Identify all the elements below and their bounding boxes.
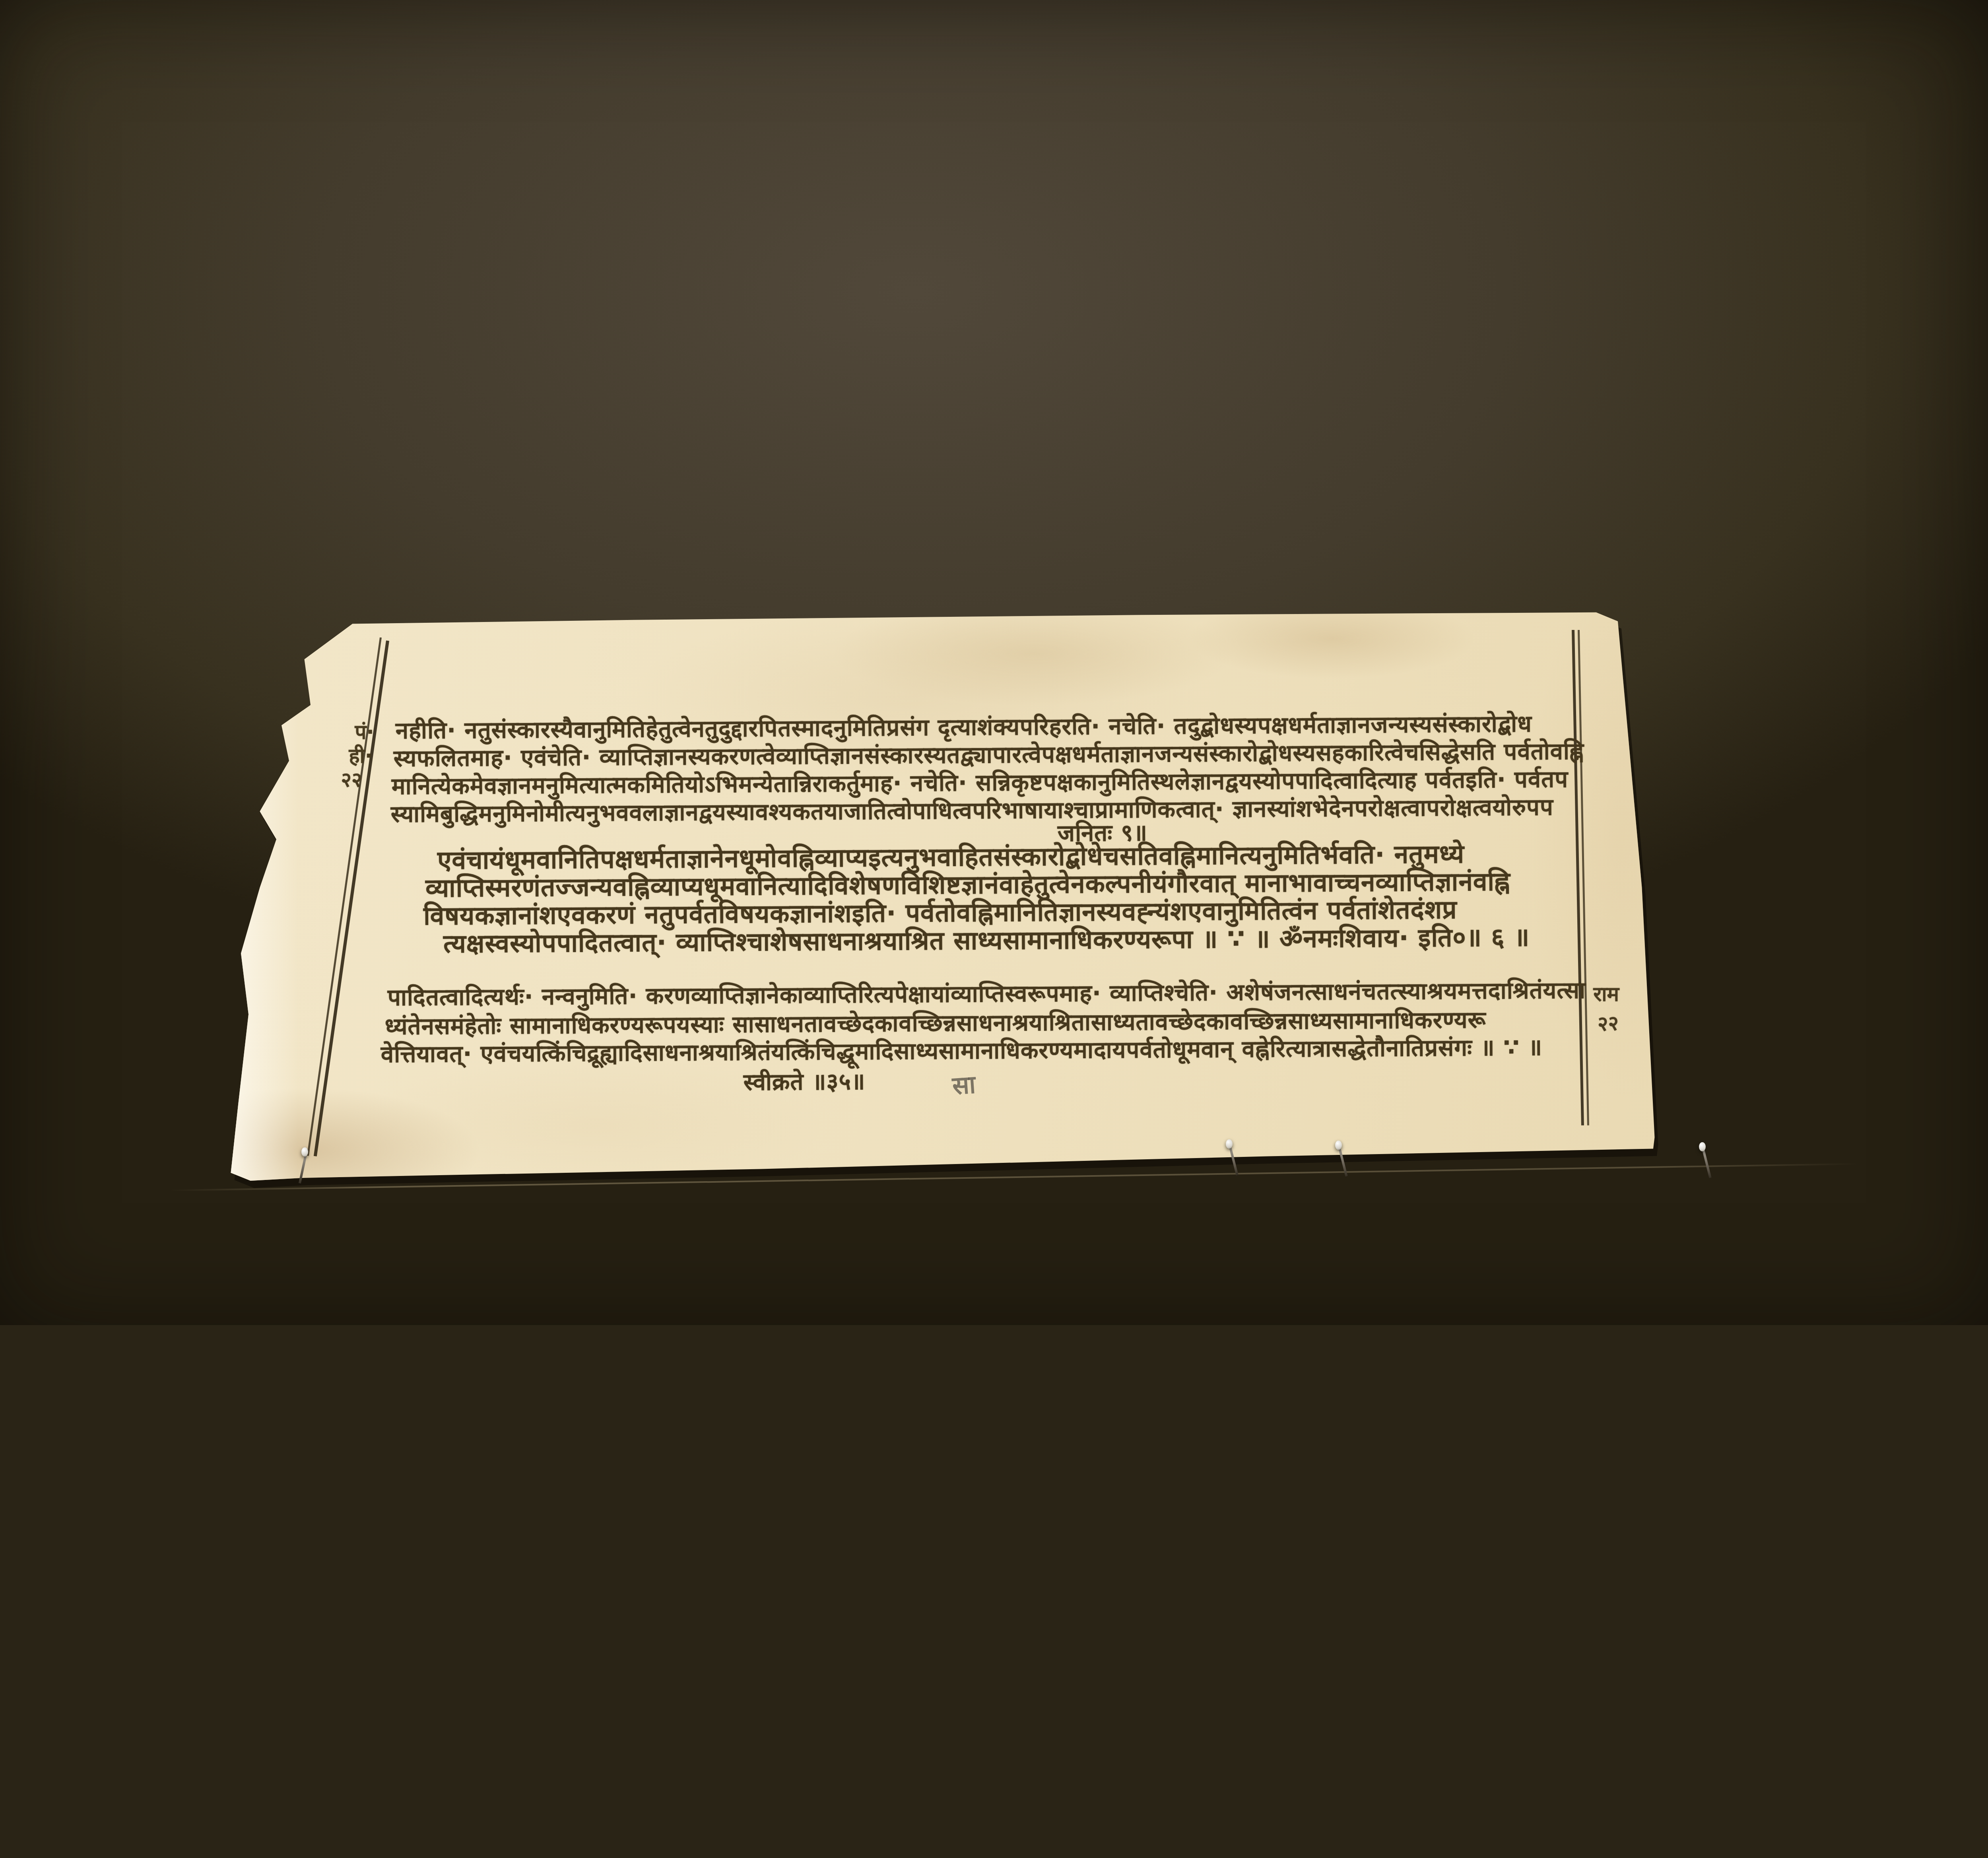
left-border-rule-outer	[307, 637, 382, 1156]
right-margin-title: राम	[1594, 984, 1619, 1005]
pin	[1221, 1139, 1241, 1179]
text-line: ध्यंतेनसमंहेतोः सामानाधिकरण्यरूपयस्याः स…	[384, 1008, 1569, 1038]
pin-wire	[1702, 1149, 1711, 1178]
text-line: स्यफलितमाह· एवंचेति· व्याप्तिज्ञानस्यकरण…	[394, 740, 1567, 770]
text-line: वेत्तियावत्· एवंचयत्किंचिद्रूह्यादिसाधना…	[381, 1036, 1569, 1066]
pin-head	[1226, 1139, 1233, 1149]
text-line: मानित्येकमेवज्ञानमनुमित्यात्मकमितियोऽभिम…	[392, 768, 1565, 798]
pin-head	[301, 1147, 308, 1156]
pin-head	[1335, 1141, 1342, 1150]
pin-wire	[1229, 1147, 1238, 1175]
pin-wire	[1338, 1148, 1347, 1177]
left-margin-mark: पं·	[355, 722, 374, 742]
text-line: त्यक्षस्वस्योपपादितत्वात्· व्याप्तिश्चाश…	[443, 925, 1561, 957]
pin	[1694, 1142, 1714, 1182]
text-line: स्यामिबुद्धिमनुमिनोमीत्यनुभववलाज्ञानद्वय…	[390, 795, 1563, 826]
right-border-rule-outer	[1578, 630, 1589, 1125]
pin-head	[1699, 1142, 1706, 1151]
text-line: पादितत्वादित्यर्थः· नन्वनुमिति· करणव्याप…	[388, 978, 1571, 1009]
section-divider-line: जनितः ९॥	[1058, 821, 1147, 844]
left-margin-mark: ही·	[349, 746, 373, 766]
colophon-line: स्वीक्रते ॥३५॥	[744, 1070, 866, 1094]
manuscript-leaf: पं· ही· २२ राम २२ नहीति· नतुसंस्कारस्यैव…	[0, 0, 1988, 1325]
torn-edge-highlight	[227, 616, 298, 1186]
pin	[1330, 1141, 1350, 1180]
left-border-rule-inner	[314, 640, 389, 1156]
pin-wire	[299, 1155, 307, 1184]
right-margin-folio-number: २२	[1597, 1013, 1619, 1034]
right-border-rule-inner	[1572, 630, 1584, 1125]
photograph-of-manuscript: पं· ही· २२ राम २२ नहीति· नतुसंस्कारस्यैव…	[0, 0, 1988, 1325]
text-line: नहीति· नतुसंस्कारस्यैवानुमितिहेतुत्वेनतु…	[396, 712, 1569, 742]
pin	[296, 1147, 316, 1187]
ownership-stamp: सा	[951, 1067, 977, 1102]
left-margin-folio-number: २२	[341, 770, 362, 790]
